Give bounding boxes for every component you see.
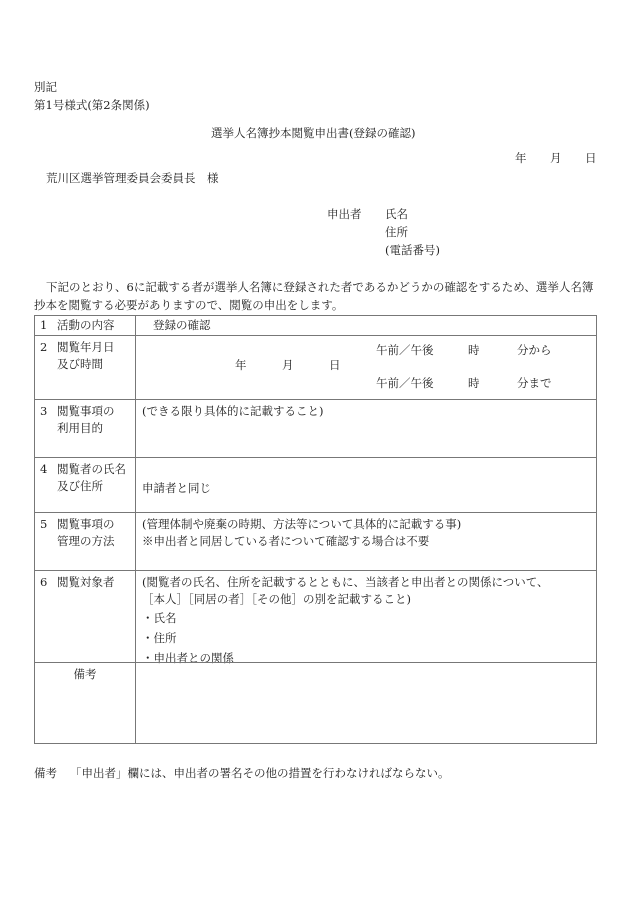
table-row-activity: 1活動の内容 登録の確認: [35, 316, 596, 335]
intro-line-1: 下記のとおり、6に記載する者が選挙人名簿に登録された者であるかどうかの確認をする…: [46, 280, 593, 295]
time-from-hour[interactable]: 時: [468, 343, 480, 358]
table-row-management: 5閲覧事項の 管理の方法 (管理体制や廃棄の時期、方法等について具体的に記載する…: [35, 512, 596, 570]
management-field[interactable]: (管理体制や廃棄の時期、方法等について具体的に記載する事) ※申出者と同居してい…: [142, 516, 461, 550]
intro-line-2: 抄本を閲覧する必要がありますので、閲覧の申出をします。: [34, 298, 343, 313]
row-label: 5閲覧事項の 管理の方法: [40, 516, 115, 550]
row-number: 4: [40, 461, 57, 478]
row-label-text: 及び住所: [40, 478, 126, 495]
row-label-text: 閲覧事項の: [57, 404, 115, 418]
row-label: 3閲覧事項の 利用目的: [40, 403, 115, 437]
row-label: 4閲覧者の氏名 及び住所: [40, 461, 126, 495]
row-label-text: 活動の内容: [57, 318, 115, 332]
view-date-day[interactable]: 日: [329, 358, 341, 373]
footer-label: 備考: [34, 766, 57, 781]
row-number: 2: [40, 339, 57, 356]
row-number: 5: [40, 516, 57, 533]
note-label: 別記: [34, 80, 57, 95]
row-label-text: 管理の方法: [40, 533, 115, 550]
row-label-text: 閲覧者の氏名: [57, 462, 126, 476]
table-row-viewer: 4閲覧者の氏名 及び住所 申請者と同じ: [35, 457, 596, 512]
row-label-text: 及び時間: [40, 356, 115, 373]
document-title: 選挙人名簿抄本閲覧申出書(登録の確認): [211, 126, 415, 141]
view-date-month[interactable]: 月: [282, 358, 294, 373]
application-table: 1活動の内容 登録の確認 2閲覧年月日 及び時間 年 月 日 午前／午後 時 分…: [34, 315, 597, 744]
table-row-datetime: 2閲覧年月日 及び時間 年 月 日 午前／午後 時 分から 午前／午後 時 分ま…: [35, 335, 596, 399]
applicant-name-field[interactable]: 氏名: [385, 207, 408, 222]
date-year: 年: [515, 151, 527, 166]
row-label-text: 閲覧年月日: [57, 340, 115, 354]
view-date-year[interactable]: 年: [235, 358, 247, 373]
viewer-field[interactable]: 申請者と同じ: [142, 480, 211, 497]
time-to-ampm[interactable]: 午前／午後: [376, 376, 434, 391]
applicant-label: 申出者: [327, 207, 362, 222]
time-to-minute[interactable]: 分まで: [517, 376, 552, 391]
target-instruction-1: (閲覧者の氏名、住所を記載するとともに、当該者と申出者との関係について、: [142, 574, 549, 591]
row-label: 1活動の内容: [40, 317, 115, 334]
row-label-text: 利用目的: [40, 420, 115, 437]
table-row-remarks: 備考: [35, 662, 596, 743]
row-label: 6閲覧対象者: [40, 574, 115, 591]
management-instruction: (管理体制や廃棄の時期、方法等について具体的に記載する事): [142, 516, 461, 533]
row-label: 2閲覧年月日 及び時間: [40, 339, 115, 373]
applicant-phone-field[interactable]: (電話番号): [385, 243, 440, 258]
row-number: 6: [40, 574, 57, 591]
activity-value[interactable]: 登録の確認: [153, 317, 211, 334]
form-number: 第1号様式(第2条関係): [34, 98, 150, 113]
target-instruction-2: ［本人］［同居の者］［その他］の別を記載すること): [142, 591, 549, 608]
remarks-field[interactable]: [142, 666, 596, 743]
time-from-minute[interactable]: 分から: [517, 343, 552, 358]
target-field[interactable]: (閲覧者の氏名、住所を記載するとともに、当該者と申出者との関係について、 ［本人…: [142, 574, 549, 668]
table-row-target: 6閲覧対象者 (閲覧者の氏名、住所を記載するとともに、当該者と申出者との関係につ…: [35, 570, 596, 662]
footer-text: 「申出者」欄には、申出者の署名その他の措置を行わなければならない。: [70, 766, 450, 781]
row-number: 1: [40, 317, 57, 334]
row-label-text: 閲覧事項の: [57, 517, 115, 531]
applicant-address-field[interactable]: 住所: [385, 225, 408, 240]
purpose-field[interactable]: (できる限り具体的に記載すること): [142, 403, 323, 420]
time-to-hour[interactable]: 時: [468, 376, 480, 391]
time-from-ampm[interactable]: 午前／午後: [376, 343, 434, 358]
table-row-purpose: 3閲覧事項の 利用目的 (できる限り具体的に記載すること): [35, 399, 596, 457]
row-label-text: 閲覧対象者: [57, 575, 115, 589]
remarks-label: 備考: [35, 666, 135, 683]
management-note: ※申出者と同居している者について確認する場合は不要: [142, 533, 461, 550]
row-number: 3: [40, 403, 57, 420]
date-day: 日: [585, 151, 597, 166]
date-month: 月: [550, 151, 562, 166]
target-name: ・氏名: [142, 608, 549, 628]
addressee: 荒川区選挙管理委員会委員長 様: [46, 171, 219, 186]
target-address: ・住所: [142, 628, 549, 648]
